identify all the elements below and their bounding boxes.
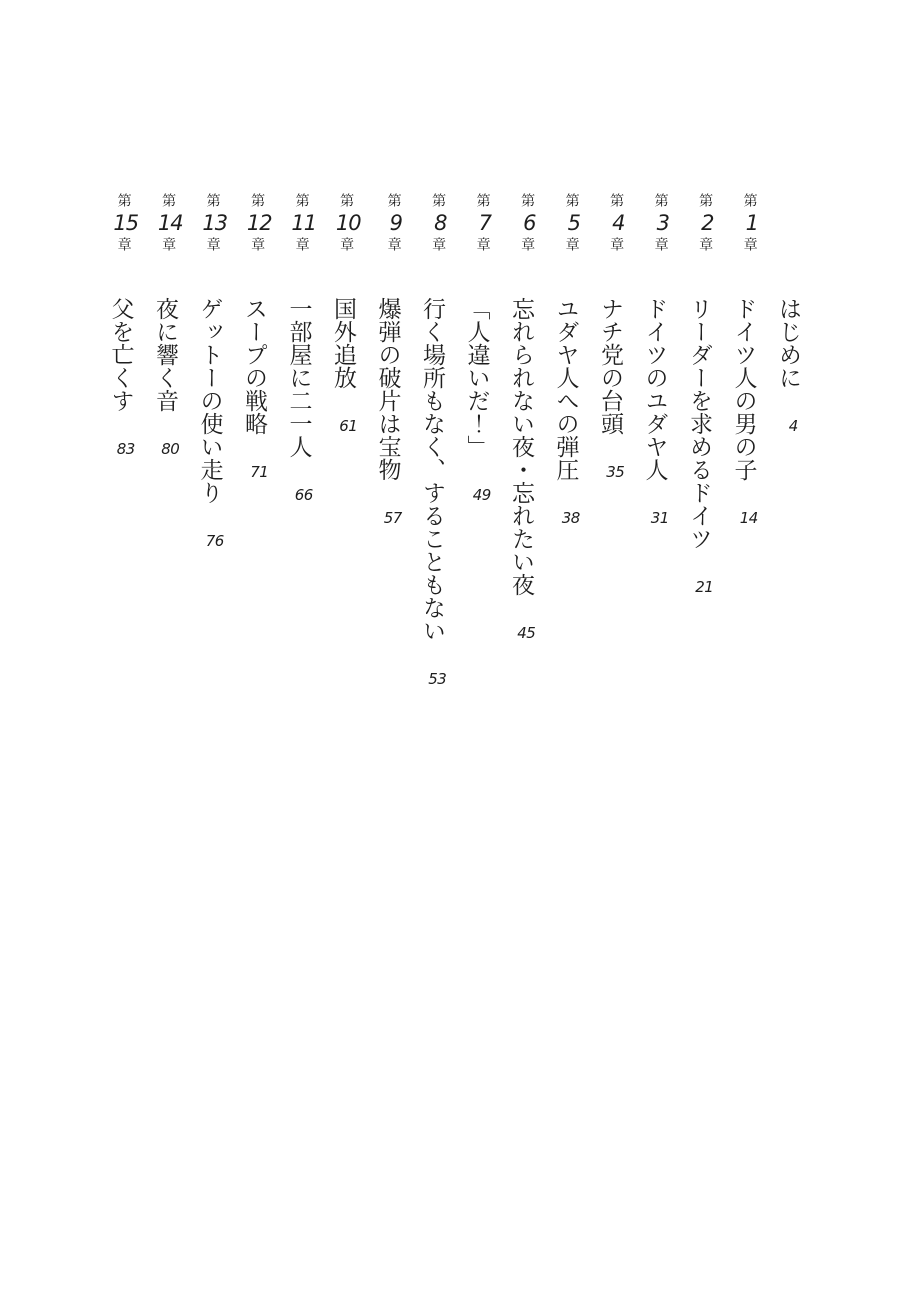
chapter-prefix: 第 [386,193,401,208]
chapter-prefix: 第 [249,193,264,208]
toc-entry: 第14章夜に響く音80 [143,193,188,1093]
chapter-label: 第10章 [336,193,361,297]
book-toc-page: はじめに4 第1章ドイツ人の男の子14 第2章リーダーを求めるドイツ21 第3章… [0,0,900,1301]
chapter-label: 第14章 [158,193,183,297]
chapter-label: 第8章 [428,193,446,297]
chapter-label: 第4章 [606,193,624,297]
chapter-number: 14 [158,213,183,234]
chapter-number: 7 [479,213,491,234]
toc-entry: 第7章「人違いだ！」49 [454,193,499,1093]
page-number: 76 [206,534,224,549]
chapter-prefix: 第 [519,193,534,208]
chapter-title: 行く場所もなく、することもない [420,297,445,642]
chapter-label: 第11章 [291,193,316,297]
chapter-title: 父を亡くす [109,297,134,412]
chapter-prefix: 第 [205,193,220,208]
chapter-title: 一部屋に二一人 [287,297,312,458]
chapter-prefix: 第 [160,193,175,208]
page-number: 83 [117,442,135,457]
toc-entry: 第2章リーダーを求めるドイツ21 [677,193,722,1093]
chapter-prefix: 第 [430,193,445,208]
chapter-title: 夜に響く音 [153,297,178,412]
chapter-suffix: 章 [564,237,579,252]
chapter-title: はじめに [776,297,801,389]
chapter-number: 3 [657,213,669,234]
page-number: 21 [695,580,713,595]
toc-entry: 第9章爆弾の破片は宝物57 [365,193,410,1093]
chapter-title: 国外追放 [331,297,356,389]
chapter-prefix: 第 [294,193,309,208]
chapter-label: 第3章 [651,193,669,297]
toc-entry: 第11章一部屋に二一人66 [276,193,321,1093]
page-number: 49 [473,488,491,503]
chapter-number: 10 [336,213,361,234]
toc-entry: はじめに4 [766,193,811,1093]
chapter-suffix: 章 [653,237,668,252]
chapter-number: 11 [291,213,316,234]
chapter-suffix: 章 [160,237,175,252]
chapter-prefix: 第 [338,193,353,208]
table-of-contents: はじめに4 第1章ドイツ人の男の子14 第2章リーダーを求めるドイツ21 第3章… [98,193,810,1093]
chapter-suffix: 章 [294,237,309,252]
chapter-suffix: 章 [338,237,353,252]
chapter-suffix: 章 [697,237,712,252]
chapter-title: 爆弾の破片は宝物 [376,297,401,481]
chapter-number: 12 [247,213,272,234]
page-number: 4 [789,419,798,434]
page-number: 53 [428,672,446,687]
chapter-label: 第9章 [384,193,402,297]
chapter-prefix: 第 [742,193,757,208]
chapter-label: 第13章 [202,193,227,297]
page-number: 61 [339,419,357,434]
chapter-title: ナチ党の台頭 [598,297,623,435]
page-number: 31 [651,511,669,526]
chapter-label: 第5章 [562,193,580,297]
chapter-label: 第6章 [517,193,535,297]
chapter-title: ドイツのユダヤ人 [643,297,668,481]
chapter-suffix: 章 [608,237,623,252]
page-number: 35 [606,465,624,480]
page-number: 66 [295,488,313,503]
chapter-label: 第12章 [247,193,272,297]
chapter-number: 2 [701,213,713,234]
toc-entry: 第13章ゲットーの使い走り76 [187,193,232,1093]
chapter-label: 第7章 [473,193,491,297]
toc-entry: 第3章ドイツのユダヤ人31 [632,193,677,1093]
chapter-prefix: 第 [564,193,579,208]
chapter-label: 第15章 [113,193,138,297]
chapter-prefix: 第 [697,193,712,208]
toc-entry: 第15章父を亡くす83 [98,193,143,1093]
page-number: 14 [740,511,758,526]
page-number: 38 [562,511,580,526]
page-number: 71 [250,465,268,480]
chapter-suffix: 章 [249,237,264,252]
page-number: 45 [517,626,535,641]
chapter-title: ユダヤ人への弾圧 [554,297,579,481]
toc-entry: 第12章スープの戦略71 [232,193,277,1093]
chapter-number: 8 [434,213,446,234]
chapter-number: 6 [523,213,535,234]
chapter-number: 15 [113,213,138,234]
chapter-title: 「人違いだ！」 [465,297,490,458]
toc-entry: 第10章国外追放61 [321,193,366,1093]
chapter-number: 5 [568,213,580,234]
toc-entry: 第4章ナチ党の台頭35 [588,193,633,1093]
chapter-title: ゲットーの使い走り [198,297,223,504]
chapter-prefix: 第 [608,193,623,208]
toc-entry: 第1章ドイツ人の男の子14 [721,193,766,1093]
chapter-title: リーダーを求めるドイツ [687,297,712,550]
chapter-prefix: 第 [475,193,490,208]
chapter-number: 1 [746,213,758,234]
page-number: 57 [384,511,402,526]
chapter-suffix: 章 [519,237,534,252]
chapter-suffix: 章 [742,237,757,252]
chapter-prefix: 第 [116,193,131,208]
chapter-title: スープの戦略 [242,297,267,435]
chapter-title: 忘れられない夜・忘れたい夜 [509,297,534,596]
chapter-suffix: 章 [205,237,220,252]
chapter-number: 9 [390,213,402,234]
chapter-suffix: 章 [386,237,401,252]
chapter-suffix: 章 [475,237,490,252]
chapter-number: 4 [612,213,624,234]
toc-entry: 第8章行く場所もなく、することもない53 [410,193,455,1093]
chapter-label: 第1章 [740,193,758,297]
chapter-suffix: 章 [116,237,131,252]
page-number: 80 [161,442,179,457]
chapter-title: ドイツ人の男の子 [732,297,757,481]
toc-entry: 第5章ユダヤ人への弾圧38 [543,193,588,1093]
chapter-number: 13 [202,213,227,234]
chapter-suffix: 章 [430,237,445,252]
chapter-prefix: 第 [653,193,668,208]
chapter-label: 第2章 [695,193,713,297]
toc-entry: 第6章忘れられない夜・忘れたい夜45 [499,193,544,1093]
